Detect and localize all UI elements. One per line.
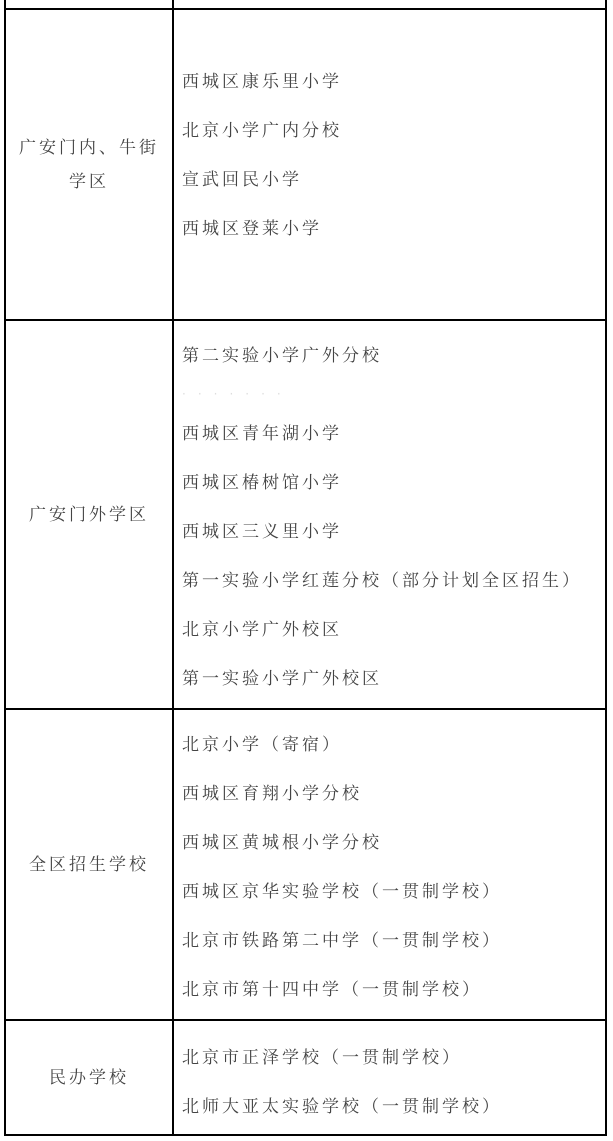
table-row: 广安门外学区 第二实验小学广外分校 ······· 西城区青年湖小学 西城区椿树… [4,319,607,708]
school-name: 西城区京华实验学校（一贯制学校） [182,877,502,902]
school-name: 西城区三义里小学 [182,517,342,542]
school-name: 北京市正泽学校（一贯制学校） [182,1043,462,1068]
district-cell: 民办学校 [6,1021,174,1134]
school-name: 西城区登莱小学 [182,214,322,239]
schools-cell: 西城区康乐里小学 北京小学广内分校 宣武回民小学 西城区登莱小学 [174,10,605,319]
school-name: 第一实验小学红莲分校（部分计划全区招生） [182,566,582,591]
school-district-table: 广安门内、牛街学区 西城区康乐里小学 北京小学广内分校 宣武回民小学 西城区登莱… [4,0,607,1136]
district-name: 广安门外学区 [29,498,149,532]
table-row: 广安门内、牛街学区 西城区康乐里小学 北京小学广内分校 宣武回民小学 西城区登莱… [4,8,607,319]
district-cell: 广安门内、牛街学区 [6,10,174,319]
table-row-top-partial [4,0,607,8]
district-cell: 广安门外学区 [6,321,174,708]
school-name: 西城区育翔小学分校 [182,779,362,804]
schools-cell: 北京市正泽学校（一贯制学校） 北师大亚太实验学校（一贯制学校） [174,1021,605,1134]
school-name: 西城区黄城根小学分校 [182,828,382,853]
district-cell [6,0,174,8]
school-name-faded: ······· [182,387,293,401]
schools-cell: 北京小学（寄宿） 西城区育翔小学分校 西城区黄城根小学分校 西城区京华实验学校（… [174,710,605,1019]
school-name: 北京市铁路第二中学（一贯制学校） [182,926,502,951]
district-name: 民办学校 [49,1061,129,1095]
district-cell: 全区招生学校 [6,710,174,1019]
school-name: 北京市第十四中学（一贯制学校） [182,975,482,1000]
school-name: 西城区椿树馆小学 [182,468,342,493]
school-name: 西城区康乐里小学 [182,67,342,92]
table-row: 全区招生学校 北京小学（寄宿） 西城区育翔小学分校 西城区黄城根小学分校 西城区… [4,708,607,1019]
school-name: 西城区青年湖小学 [182,419,342,444]
school-name: 第二实验小学广外分校 [182,341,382,366]
school-name: 第一实验小学广外校区 [182,664,382,689]
schools-cell [174,0,605,8]
district-name: 广安门内、牛街学区 [16,131,162,199]
school-name: 北京小学广内分校 [182,116,342,141]
school-name: 北师大亚太实验学校（一贯制学校） [182,1092,502,1117]
schools-cell: 第二实验小学广外分校 ······· 西城区青年湖小学 西城区椿树馆小学 西城区… [174,321,605,708]
school-name: 宣武回民小学 [182,165,302,190]
school-name: 北京小学广外校区 [182,615,342,640]
district-name: 全区招生学校 [29,848,149,882]
table-row: 民办学校 北京市正泽学校（一贯制学校） 北师大亚太实验学校（一贯制学校） [4,1019,607,1136]
school-name: 北京小学（寄宿） [182,730,342,755]
